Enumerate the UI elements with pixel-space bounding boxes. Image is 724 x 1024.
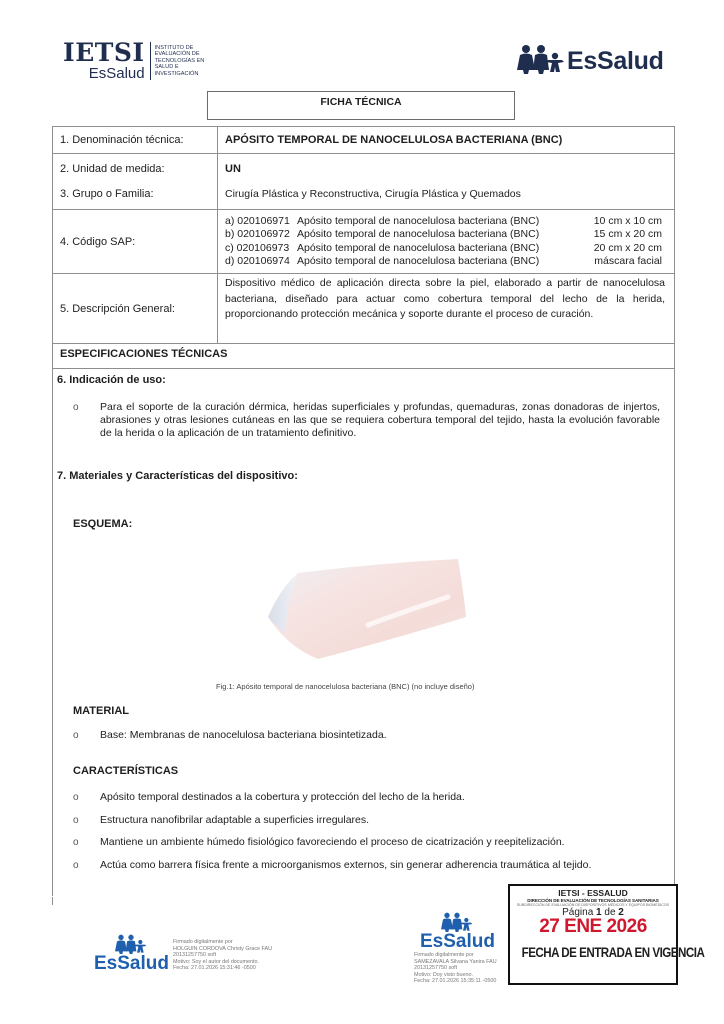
logo-divider bbox=[150, 42, 151, 80]
validity-stamp: IETSI - ESSALUD DIRECCIÓN DE EVALUACIÓN … bbox=[508, 884, 678, 985]
signature-details: Firmado digitalmente por SAMEZAVALA Silv… bbox=[414, 952, 497, 985]
scheme-heading: ESQUEMA: bbox=[73, 518, 132, 530]
material-heading: MATERIAL bbox=[73, 705, 129, 717]
list-item: o Para el soporte de la curación dérmica… bbox=[73, 401, 660, 440]
table-row: 4. Código SAP: a) 020106971 Apósito temp… bbox=[53, 210, 674, 274]
table-row: 2. Unidad de medida: 3. Grupo o Familia:… bbox=[53, 154, 674, 210]
digital-signature: EsSalud Firmado digitalmente por SAMEZAV… bbox=[412, 912, 497, 985]
digital-signature: EsSalud Firmado digitalmente por HOLGUIN… bbox=[94, 934, 272, 973]
materials-heading: 7. Materiales y Características del disp… bbox=[57, 470, 298, 482]
sap-code-item: c) 020106973 Apósito temporal de nanocel… bbox=[225, 242, 662, 256]
row-label: 1. Denominación técnica: bbox=[53, 127, 218, 153]
signature-details: Firmado digitalmente por HOLGUIN CORDOVA… bbox=[173, 939, 272, 972]
bullet-icon: o bbox=[73, 836, 100, 849]
table-row: ESPECIFICACIONES TÉCNICAS bbox=[53, 344, 674, 369]
sap-code-list: a) 020106971 Apósito temporal de nanocel… bbox=[218, 210, 674, 273]
bullet-icon: o bbox=[73, 401, 100, 440]
ietsi-logo: IETSI EsSalud INSTITUTO DE EVALUACIÓN DE… bbox=[63, 40, 215, 82]
bullet-icon: o bbox=[73, 814, 100, 827]
list-item: o Estructura nanofibrilar adaptable a su… bbox=[73, 814, 660, 827]
family-figures-icon bbox=[439, 912, 475, 932]
table-row: 5. Descripción General: Dispositivo médi… bbox=[53, 274, 674, 344]
row-label: 3. Grupo o Familia: bbox=[60, 182, 154, 207]
bullet-icon: o bbox=[73, 859, 100, 872]
ietsi-sub: EsSalud bbox=[89, 66, 145, 81]
sap-code-item: b) 020106972 Apósito temporal de nanocel… bbox=[225, 228, 662, 242]
figure-caption: Fig.1: Apósito temporal de nanocelulosa … bbox=[216, 682, 474, 691]
ietsi-acronym: IETSI bbox=[63, 41, 145, 65]
unit-of-measure: UN bbox=[225, 157, 241, 182]
family-figures-icon bbox=[517, 44, 565, 74]
row-label: 2. Unidad de medida: bbox=[60, 157, 165, 182]
essalud-signature-logo: EsSalud bbox=[94, 934, 169, 973]
list-item: o Apósito temporal destinados a la cober… bbox=[73, 791, 660, 804]
sap-code-item: a) 020106971 Apósito temporal de nanocel… bbox=[225, 215, 662, 229]
list-item: o Actúa como barrera física frente a mic… bbox=[73, 859, 660, 872]
list-item: o Mantiene un ambiente húmedo fisiológic… bbox=[73, 836, 660, 849]
technical-name: APÓSITO TEMPORAL DE NANOCELULOSA BACTERI… bbox=[218, 127, 674, 153]
indication-heading: 6. Indicación de uso: bbox=[57, 374, 166, 386]
spec-table: 1. Denominación técnica: APÓSITO TEMPORA… bbox=[52, 126, 675, 896]
row-label: 4. Código SAP: bbox=[53, 210, 218, 273]
list-item: o Base: Membranas de nanocelulosa bacter… bbox=[73, 729, 660, 742]
dressing-image bbox=[258, 555, 480, 665]
effective-date: 27 ENE 2026 bbox=[510, 918, 676, 936]
table-border bbox=[52, 897, 53, 905]
essalud-signature-logo: EsSalud bbox=[420, 912, 495, 951]
group-family: Cirugía Plástica y Reconstructiva, Cirug… bbox=[225, 182, 521, 207]
table-row: 1. Denominación técnica: APÓSITO TEMPORA… bbox=[53, 127, 674, 154]
essalud-logo: EsSalud bbox=[517, 44, 664, 74]
bullet-icon: o bbox=[73, 791, 100, 804]
stamp-footer: FECHA DE ENTRADA EN VIGENCIA bbox=[522, 945, 665, 960]
family-figures-icon bbox=[113, 934, 149, 954]
essalud-brand: EsSalud bbox=[567, 48, 664, 74]
bullet-icon: o bbox=[73, 729, 100, 742]
page-title: FICHA TÉCNICA bbox=[207, 91, 515, 120]
stamp-title: IETSI - ESSALUD bbox=[510, 888, 676, 898]
characteristics-heading: CARACTERÍSTICAS bbox=[73, 765, 178, 777]
ietsi-description: INSTITUTO DE EVALUACIÓN DE TECNOLOGÍAS E… bbox=[155, 45, 215, 77]
specs-heading: ESPECIFICACIONES TÉCNICAS bbox=[53, 344, 227, 368]
general-description: Dispositivo médico de aplicación directa… bbox=[225, 276, 665, 323]
row-label: 5. Descripción General: bbox=[53, 274, 218, 343]
sap-code-item: d) 020106974 Apósito temporal de nanocel… bbox=[225, 255, 662, 269]
